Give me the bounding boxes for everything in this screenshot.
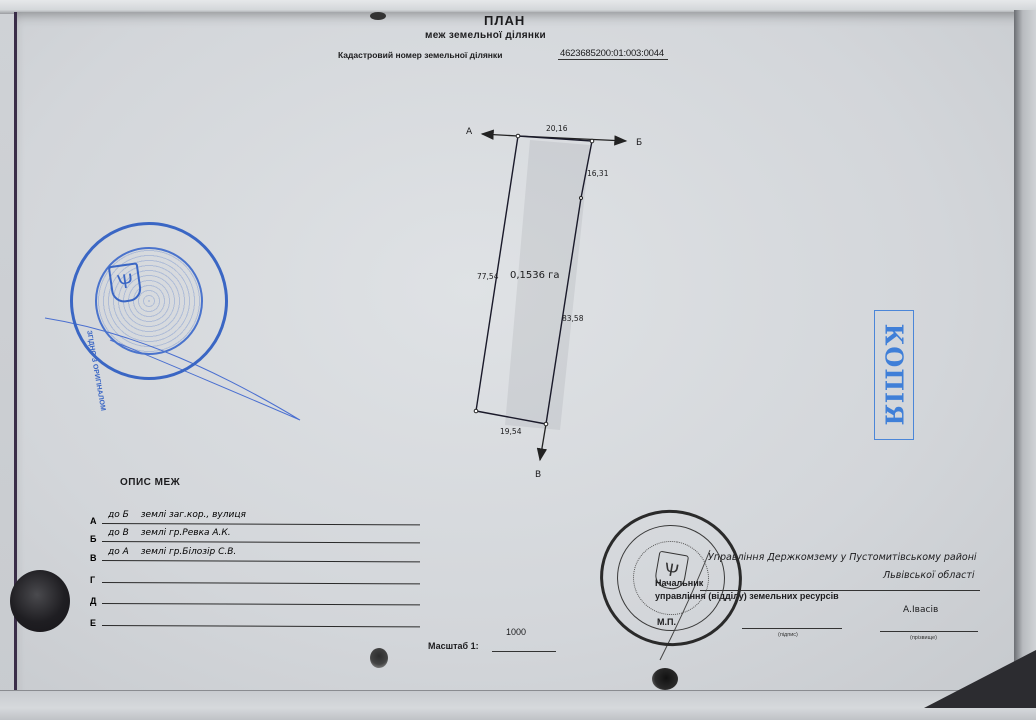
dimension-bottom: 19,54 — [500, 427, 521, 436]
scale-label: Масштаб 1: — [428, 641, 479, 651]
authority-region: Львівської області — [883, 570, 975, 581]
copy-stamp: КОПІЯ — [874, 310, 914, 440]
boundary-row: Д — [90, 582, 420, 604]
boundary-description: землі заг.кор., вулиця — [141, 510, 246, 520]
scale-value: 1000 — [506, 627, 526, 637]
authority-department: Управління Держкомзему у Пустомитівськом… — [708, 552, 977, 563]
boundary-direction: до В — [108, 528, 129, 538]
boundaries-title: ОПИС МЕЖ — [120, 477, 180, 488]
scale-underline — [492, 651, 556, 652]
surname-caption: (прізвище) — [910, 635, 937, 641]
dimension-right-upper: 16,31 — [587, 169, 608, 178]
signature-caption: (підпис) — [778, 632, 798, 638]
dimension-right-lower: 83,58 — [562, 314, 583, 323]
punch-hole — [370, 648, 388, 668]
point-b-label: Б — [636, 138, 642, 148]
ink-blot — [10, 570, 70, 632]
corner-shadow — [924, 650, 1036, 708]
parcel-area: 0,1536 га — [510, 270, 560, 281]
boundary-description: землі гр.Білозір С.В. — [141, 547, 237, 557]
surname-line — [880, 631, 978, 632]
dimension-left: 77,54 — [477, 272, 498, 281]
point-v-label: В — [535, 470, 541, 480]
boundary-row: Г — [90, 561, 420, 583]
official-name: А.Івасів — [903, 605, 938, 615]
punch-hole — [652, 668, 678, 690]
boundary-letter: Е — [90, 618, 96, 628]
boundary-row: Е — [90, 604, 420, 626]
point-a-label: А — [466, 127, 472, 137]
boundary-direction: до А — [108, 547, 129, 557]
boundary-direction: до Б — [108, 510, 129, 520]
boundary-description: землі гр.Ревка А.К. — [141, 528, 231, 538]
boundary-row: В до Аземлі гр.Білозір С.В. — [90, 539, 420, 561]
dimension-top: 20,16 — [546, 124, 567, 133]
signature-line — [742, 628, 842, 629]
